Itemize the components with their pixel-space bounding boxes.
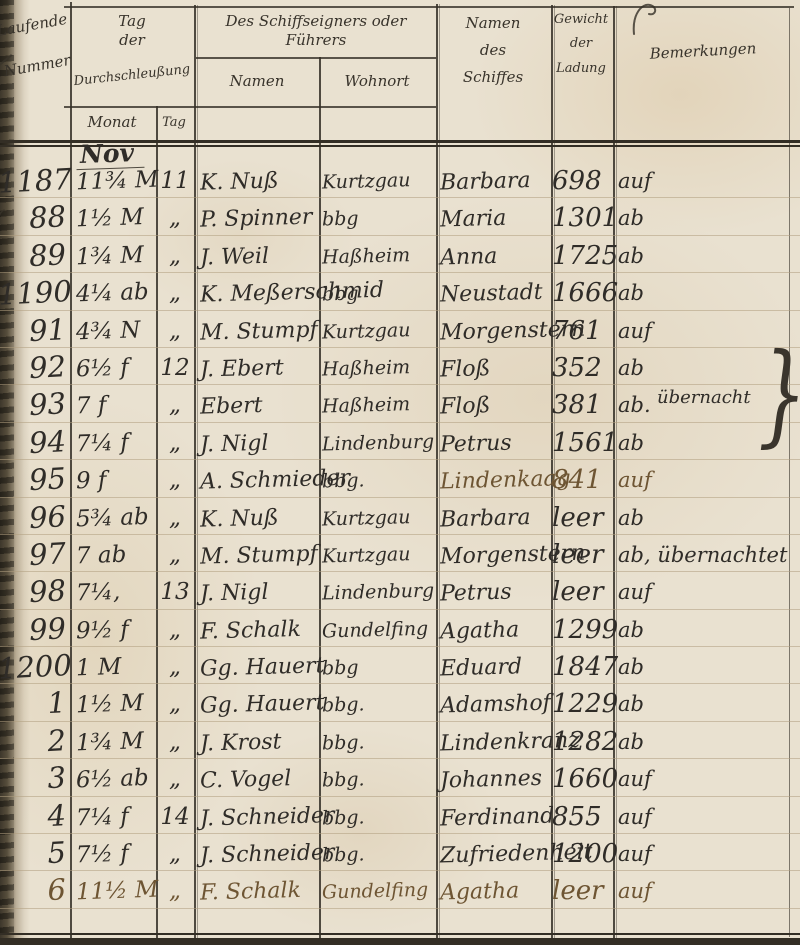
cell-schiffsname: Agatha <box>440 872 553 912</box>
cell-schiffer-name: K. Meßerschmid <box>200 274 321 314</box>
cell-tag: 14 <box>158 799 192 836</box>
cell-bemerkung <box>657 828 800 865</box>
cell-schiffer-name: J. Nigl <box>200 573 321 613</box>
cell-laufende-nummer: 91 <box>0 311 67 352</box>
cell-wohnort: bbg. <box>322 835 437 875</box>
header-line: Nummer <box>2 51 70 81</box>
cell-laufende-nummer: 3 <box>0 759 67 800</box>
cell-wohnort: bbg. <box>322 461 437 501</box>
grid-line-horizontal <box>64 6 794 8</box>
header-line: Durchschleußung <box>71 61 192 90</box>
cell-monat-zeit: 11¾ M <box>75 162 156 202</box>
cell-tag: „ <box>158 724 192 761</box>
cell-schiffer-name: J. Krost <box>200 722 321 762</box>
cell-bemerkung <box>657 753 800 790</box>
cell-laufende-nummer: 1 <box>0 685 67 726</box>
cell-monat-zeit: 9 f <box>75 461 156 501</box>
cell-monat-zeit: 4¾ N <box>75 311 156 351</box>
cell-gewicht-ladung: 1200 <box>552 836 614 873</box>
cell-tag: 11 <box>158 163 192 200</box>
subheader-wohnort: Wohnort <box>321 72 433 91</box>
cell-tag: „ <box>158 275 192 312</box>
cell-gewicht-ladung: 841 <box>552 462 614 499</box>
column-header-tag-der-durchschleusung: Tag der Durchschleußung <box>72 12 192 84</box>
cell-schiffer-name: J. Ebert <box>200 348 321 388</box>
subheader-tag: Tag <box>156 115 192 131</box>
cell-laufende-nummer: 95 <box>0 460 67 501</box>
column-header-schiffsname: Namen des Schiffes <box>438 14 548 86</box>
cell-wohnort: Kurtzgau <box>322 535 437 575</box>
cell-wohnort: Gundelfing <box>322 872 437 912</box>
cell-tag: 12 <box>158 350 192 387</box>
cell-schiffsname: Morgenstern <box>440 535 553 575</box>
cell-schiffsname: Petrus <box>440 423 553 463</box>
cell-gewicht-ladung: 1660 <box>552 761 614 798</box>
cell-monat-zeit: 6½ f <box>75 349 156 389</box>
cell-tag: „ <box>158 500 192 537</box>
cell-monat-zeit: 7¼ f <box>75 423 156 463</box>
cell-bemerkung <box>657 865 800 902</box>
header-line: des <box>438 41 548 60</box>
cell-monat-zeit: 5¾ ab <box>75 498 156 538</box>
cell-schiffsname: Barbara <box>440 162 553 202</box>
cell-schiffsname: Floß <box>440 348 553 388</box>
cell-tag: „ <box>158 649 192 686</box>
cell-tag: „ <box>158 537 192 574</box>
cell-bemerkung <box>657 678 800 715</box>
cell-schiffsname: Neustadt <box>440 274 553 314</box>
header-line: Ladung <box>551 61 611 77</box>
cell-gewicht-ladung: 1666 <box>552 275 614 312</box>
cell-wohnort: bbg <box>322 274 437 314</box>
cell-bemerkung <box>657 454 800 491</box>
cell-schiffsname: Agatha <box>440 610 553 650</box>
cell-gewicht-ladung: 1229 <box>552 686 614 723</box>
cell-schiffer-name: M. Stumpf <box>200 535 321 575</box>
cell-tag: „ <box>158 462 192 499</box>
cell-schiffer-name: F. Schalk <box>200 610 321 650</box>
cell-laufende-nummer: 5 <box>0 834 67 875</box>
cell-schiffer-name: J. Schneider <box>200 797 321 837</box>
header-line: der <box>551 36 611 52</box>
cell-schiffsname: Ferdinand <box>440 797 553 837</box>
bottom-rule <box>0 933 800 935</box>
cell-wohnort: bbg. <box>322 797 437 837</box>
header-line: Gewicht <box>551 12 611 28</box>
cell-schiffsname: Anna <box>440 236 553 276</box>
cell-gewicht-ladung: leer <box>552 537 614 574</box>
cell-schiffer-name: P. Spinner <box>200 199 321 239</box>
cell-bemerkung <box>657 155 800 192</box>
cell-schiffsname: Eduard <box>440 648 553 688</box>
cell-tag: „ <box>158 686 192 723</box>
cell-gewicht-ladung: 381 <box>552 387 614 424</box>
cell-tag: „ <box>158 425 192 462</box>
cell-bemerkung <box>657 267 800 304</box>
ink-flourish-icon <box>628 0 674 38</box>
cell-gewicht-ladung: leer <box>552 574 614 611</box>
cell-tag: „ <box>158 761 192 798</box>
cell-schiffer-name: J. Nigl <box>200 423 321 463</box>
header-line: Führers <box>198 31 434 50</box>
cell-gewicht-ladung: 1561 <box>552 425 614 462</box>
cell-gewicht-ladung: 1282 <box>552 724 614 761</box>
cell-wohnort: Kurtzgau <box>322 162 437 202</box>
cell-gewicht-ladung: 855 <box>552 799 614 836</box>
ledger-page: Laufende Nummer Tag der Durchschleußung … <box>0 0 800 945</box>
cell-wohnort: bbg. <box>322 685 437 725</box>
cell-schiffer-name: F. Schalk <box>200 872 321 912</box>
cell-monat-zeit: 1¾ M <box>75 236 156 276</box>
cell-schiffsname: Johannes <box>440 760 553 800</box>
cell-monat-zeit: 1 M <box>75 648 156 688</box>
cell-tag: „ <box>158 612 192 649</box>
header-line: Tag <box>72 12 192 31</box>
cell-laufende-nummer: 1190 <box>0 273 67 314</box>
cell-monat-zeit: 1½ M <box>75 685 156 725</box>
cell-schiffer-name: J. Weil <box>200 236 321 276</box>
cell-gewicht-ladung: 698 <box>552 163 614 200</box>
cell-wohnort: Haßheim <box>322 386 437 426</box>
cell-monat-zeit: 1¾ M <box>75 722 156 762</box>
header-line: Des Schiffseigners oder <box>198 12 434 31</box>
cell-monat-zeit: 7¼ f <box>75 797 156 837</box>
cell-laufende-nummer: 99 <box>0 610 67 651</box>
cell-wohnort: Lindenburg <box>322 423 437 463</box>
cell-bemerkung <box>657 566 800 603</box>
cell-bemerkung <box>657 529 800 566</box>
cell-wohnort: Haßheim <box>322 348 437 388</box>
cell-schiffsname: Maria <box>440 199 553 239</box>
cell-schiffsname: Adamshof <box>440 685 553 725</box>
cell-laufende-nummer: 1200 <box>0 647 67 688</box>
cell-gewicht-ladung: 761 <box>552 313 614 350</box>
cell-tag: „ <box>158 200 192 237</box>
cell-laufende-nummer: 4 <box>0 797 67 838</box>
cell-laufende-nummer: 93 <box>0 386 67 427</box>
cell-monat-zeit: 6½ ab <box>75 760 156 800</box>
cell-schiffer-name: Gg. Hauert <box>200 648 321 688</box>
cell-bemerkung <box>657 716 800 753</box>
cell-monat-zeit: 9½ f <box>75 610 156 650</box>
cell-wohnort: bbg. <box>322 760 437 800</box>
cell-laufende-nummer: 2 <box>0 722 67 763</box>
cell-wohnort: bbg <box>322 199 437 239</box>
cell-tag: 13 <box>158 574 192 611</box>
cell-laufende-nummer: 94 <box>0 423 67 464</box>
cell-schiffsname: Petrus <box>440 573 553 613</box>
cell-bemerkung <box>657 492 800 529</box>
cell-schiffer-name: M. Stumpf <box>200 311 321 351</box>
header-line: Namen <box>438 14 548 33</box>
cell-schiffsname: Zufriedenheit <box>440 835 553 875</box>
cell-schiffer-name: A. Schmieder <box>200 461 321 501</box>
cell-gewicht-ladung: 1299 <box>552 612 614 649</box>
table-body: 1187 11¾ M 11 K. Nuß Kurtzgau Barbara 69… <box>0 163 800 911</box>
cell-monat-zeit: 7 ab <box>75 536 156 576</box>
subheader-namen: Namen <box>198 72 316 91</box>
cell-schiffer-name: K. Nuß <box>200 498 321 538</box>
cell-schiffer-name: Ebert <box>200 386 321 426</box>
cell-schiffsname: Floß <box>440 386 553 426</box>
cell-wohnort: Haßheim <box>322 236 437 276</box>
cell-schiffsname: Lindenkranz <box>440 722 553 762</box>
cell-wohnort: bbg <box>322 648 437 688</box>
cell-monat-zeit: 4¼ ab <box>75 274 156 314</box>
subheader-monat: Monat <box>72 113 152 132</box>
cell-bemerkung <box>657 791 800 828</box>
cell-monat-zeit: 1½ M <box>75 199 156 239</box>
cell-gewicht-ladung: 1725 <box>552 238 614 275</box>
cell-monat-zeit: 11½ M <box>75 872 156 912</box>
cell-tag: „ <box>158 873 192 910</box>
cell-wohnort: Kurtzgau <box>322 311 437 351</box>
cell-schiffer-name: J. Schneider <box>200 834 321 874</box>
cell-laufende-nummer: 88 <box>0 199 67 240</box>
cell-bemerkung <box>657 192 800 229</box>
header-line: Schiffes <box>438 68 548 87</box>
header-line: der <box>72 31 192 50</box>
cell-schiffsname: Morgenstern <box>440 311 553 351</box>
grid-line-horizontal <box>64 106 436 108</box>
cell-monat-zeit: 7½ f <box>75 835 156 875</box>
cell-gewicht-ladung: leer <box>552 500 614 537</box>
cell-wohnort: Lindenburg <box>322 573 437 613</box>
cell-laufende-nummer: 97 <box>0 535 67 576</box>
cell-tag: „ <box>158 836 192 873</box>
cell-gewicht-ladung: 352 <box>552 350 614 387</box>
row-group-brace: } <box>758 339 800 449</box>
cell-monat-zeit: 7 f <box>75 386 156 426</box>
cell-bemerkung <box>657 604 800 641</box>
cell-laufende-nummer: 1187 <box>0 161 67 202</box>
cell-laufende-nummer: 6 <box>0 872 67 913</box>
cell-tag: „ <box>158 387 192 424</box>
cell-tag: „ <box>158 313 192 350</box>
grid-line-horizontal <box>196 57 436 59</box>
cell-tag: „ <box>158 238 192 275</box>
column-header-bemerkungen: Bemerkungen <box>618 38 789 66</box>
cell-schiffer-name: K. Nuß <box>200 161 321 201</box>
cell-schiffsname: Barbara <box>440 498 553 538</box>
cell-laufende-nummer: 92 <box>0 348 67 389</box>
cell-wohnort: Gundelfing <box>322 610 437 650</box>
cell-bemerkung <box>657 641 800 678</box>
column-header-laufende-nummer: Laufende Nummer <box>0 11 71 81</box>
cell-bemerkung <box>657 230 800 267</box>
cell-laufende-nummer: 96 <box>0 498 67 539</box>
table-row: 6 11½ M „ F. Schalk Gundelfing Agatha le… <box>0 873 800 910</box>
cell-wohnort: Kurtzgau <box>322 498 437 538</box>
cell-gewicht-ladung: leer <box>552 873 614 910</box>
cell-schiffsname: Lindenkaag <box>440 461 553 501</box>
cell-laufende-nummer: 89 <box>0 236 67 277</box>
column-header-gewicht: Gewicht der Ladung <box>551 12 611 77</box>
cell-laufende-nummer: 98 <box>0 573 67 614</box>
cell-gewicht-ladung: 1301 <box>552 200 614 237</box>
bottom-rule <box>0 938 800 945</box>
cell-schiffer-name: C. Vogel <box>200 760 321 800</box>
cell-wohnort: bbg. <box>322 722 437 762</box>
column-header-schiffseigner: Des Schiffseigners oder Führers <box>198 12 434 50</box>
cell-monat-zeit: 7¼, <box>75 573 156 613</box>
cell-schiffer-name: Gg. Hauert <box>200 685 321 725</box>
cell-gewicht-ladung: 1847 <box>552 649 614 686</box>
